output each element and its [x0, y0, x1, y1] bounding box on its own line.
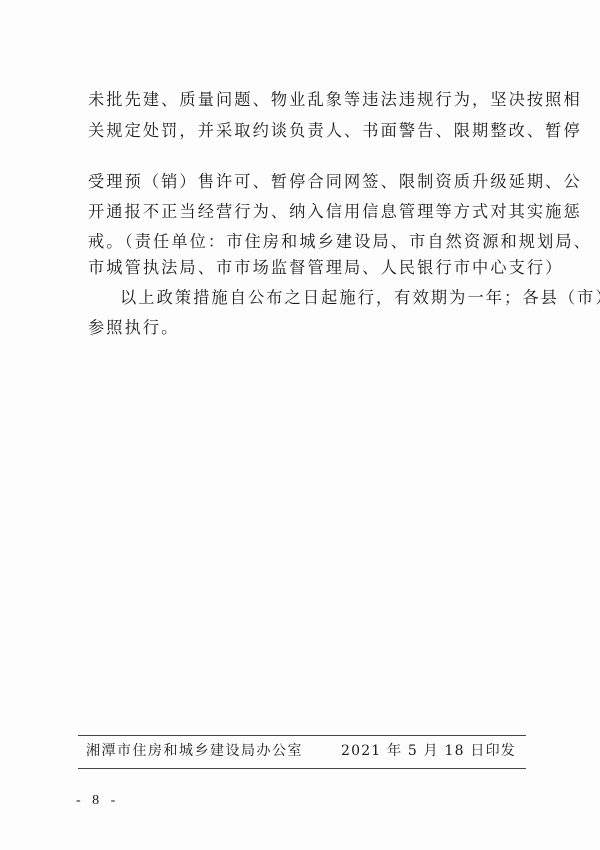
issue-date: 2021 年 5 月 18 日印发	[341, 740, 516, 760]
document-page: 未批先建、质量问题、物业乱象等违法违规行为，坚决按照相 关规定处罚，并采取约谈负…	[0, 0, 600, 850]
footer-top-rule	[78, 735, 526, 736]
body-text-line: 受理预（销）售许可、暂停合同网签、限制资质升级延期、公	[88, 172, 518, 192]
issuer-name: 湘潭市住房和城乡建设局办公室	[86, 740, 303, 760]
body-text-line: 市城管执法局、市市场监督管理局、人民银行市中心支行）	[88, 258, 518, 278]
body-text-line: 未批先建、质量问题、物业乱象等违法违规行为，坚决按照相	[88, 90, 518, 110]
footer-bottom-rule	[78, 768, 526, 769]
body-text-line: 关规定处罚，并采取约谈负责人、书面警告、限期整改、暂停	[88, 121, 518, 141]
body-text-line: 参照执行。	[88, 318, 518, 338]
body-text-line: 戒。（责任单位：市住房和城乡建设局、市自然资源和规划局、	[88, 232, 518, 252]
page-number: - 8 -	[76, 793, 119, 809]
body-text-line: 以上政策措施自公布之日起施行，有效期为一年；各县（市）	[120, 288, 550, 308]
body-text-line: 开通报不正当经营行为、纳入信用信息管理等方式对其实施惩	[88, 202, 518, 222]
